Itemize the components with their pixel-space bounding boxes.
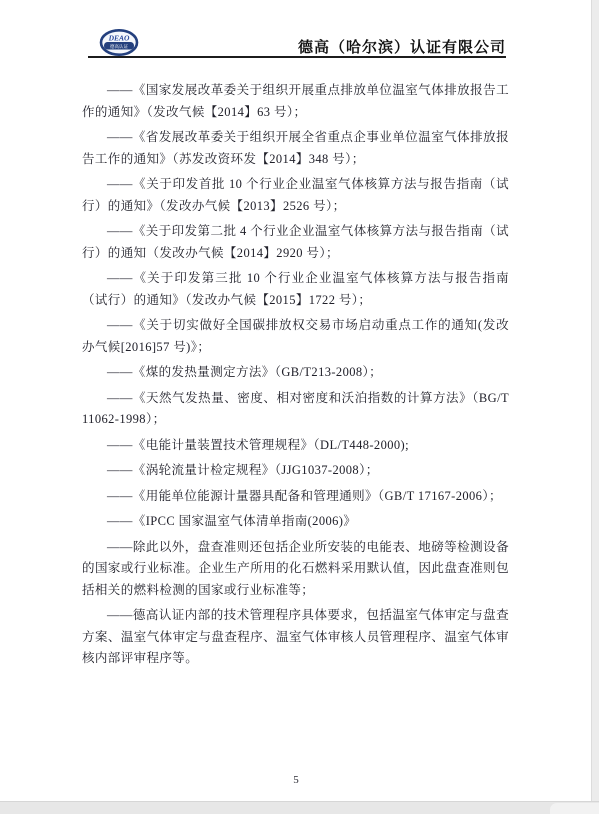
paragraph: ——《省发展改革委关于组织开展全省重点企事业单位温室气体排放报告工作的通知》（苏… — [82, 127, 509, 170]
paragraph: ——《关于切实做好全国碳排放权交易市场启动重点工作的通知(发改办气候[2016]… — [82, 315, 509, 358]
paragraph: ——《电能计量装置技术管理规程》（DL/T448-2000); — [82, 435, 509, 457]
paragraph: ——《关于印发第三批 10 个行业企业温室气体核算方法与报告指南（试行）的通知》… — [82, 268, 509, 311]
header-rule — [88, 56, 506, 58]
paragraph: ——德高认证内部的技术管理程序具体要求，包括温室气体审定与盘查方案、温室气体审定… — [82, 605, 509, 670]
document-page: DEAO 德高认证 德高（哈尔滨）认证有限公司 ——《国家发展改革委关于组织开展… — [0, 0, 592, 801]
right-edge-band — [592, 0, 599, 814]
paragraph: ——《关于印发第二批 4 个行业企业温室气体核算方法与报告指南（试行）的通知（发… — [82, 221, 509, 264]
header-company-name: 德高（哈尔滨）认证有限公司 — [82, 36, 506, 57]
page-number: 5 — [0, 774, 592, 786]
paragraph: ——《用能单位能源计量器具配备和管理通则》（GB/T 17167-2006）； — [82, 486, 509, 508]
paragraph: ——《涡轮流量计检定规程》（JJG1037-2008）； — [82, 460, 509, 482]
paragraph: ——《天然气发热量、密度、相对密度和沃泊指数的计算方法》（BG/T11062-1… — [82, 388, 509, 431]
paragraph: ——《关于印发首批 10 个行业企业温室气体核算方法与报告指南（试行）的通知》（… — [82, 174, 509, 217]
document-body: ——《国家发展改革委关于组织开展重点排放单位温室气体排放报告工作的通知》（发改气… — [82, 80, 509, 674]
paragraph: ——《煤的发热量测定方法》（GB/T213-2008）； — [82, 362, 509, 384]
document-viewer: DEAO 德高认证 德高（哈尔滨）认证有限公司 ——《国家发展改革委关于组织开展… — [0, 0, 599, 814]
horizontal-scrollbar-thumb[interactable] — [550, 803, 599, 814]
paragraph: ——《IPCC 国家温室气体清单指南(2006)》 — [82, 511, 509, 533]
bottom-chrome-strip — [0, 801, 599, 814]
paragraph: ——除此以外，盘查准则还包括企业所安装的电能表、地磅等检测设备的国家或行业标准。… — [82, 537, 509, 602]
paragraph: ——《国家发展改革委关于组织开展重点排放单位温室气体排放报告工作的通知》（发改气… — [82, 80, 509, 123]
